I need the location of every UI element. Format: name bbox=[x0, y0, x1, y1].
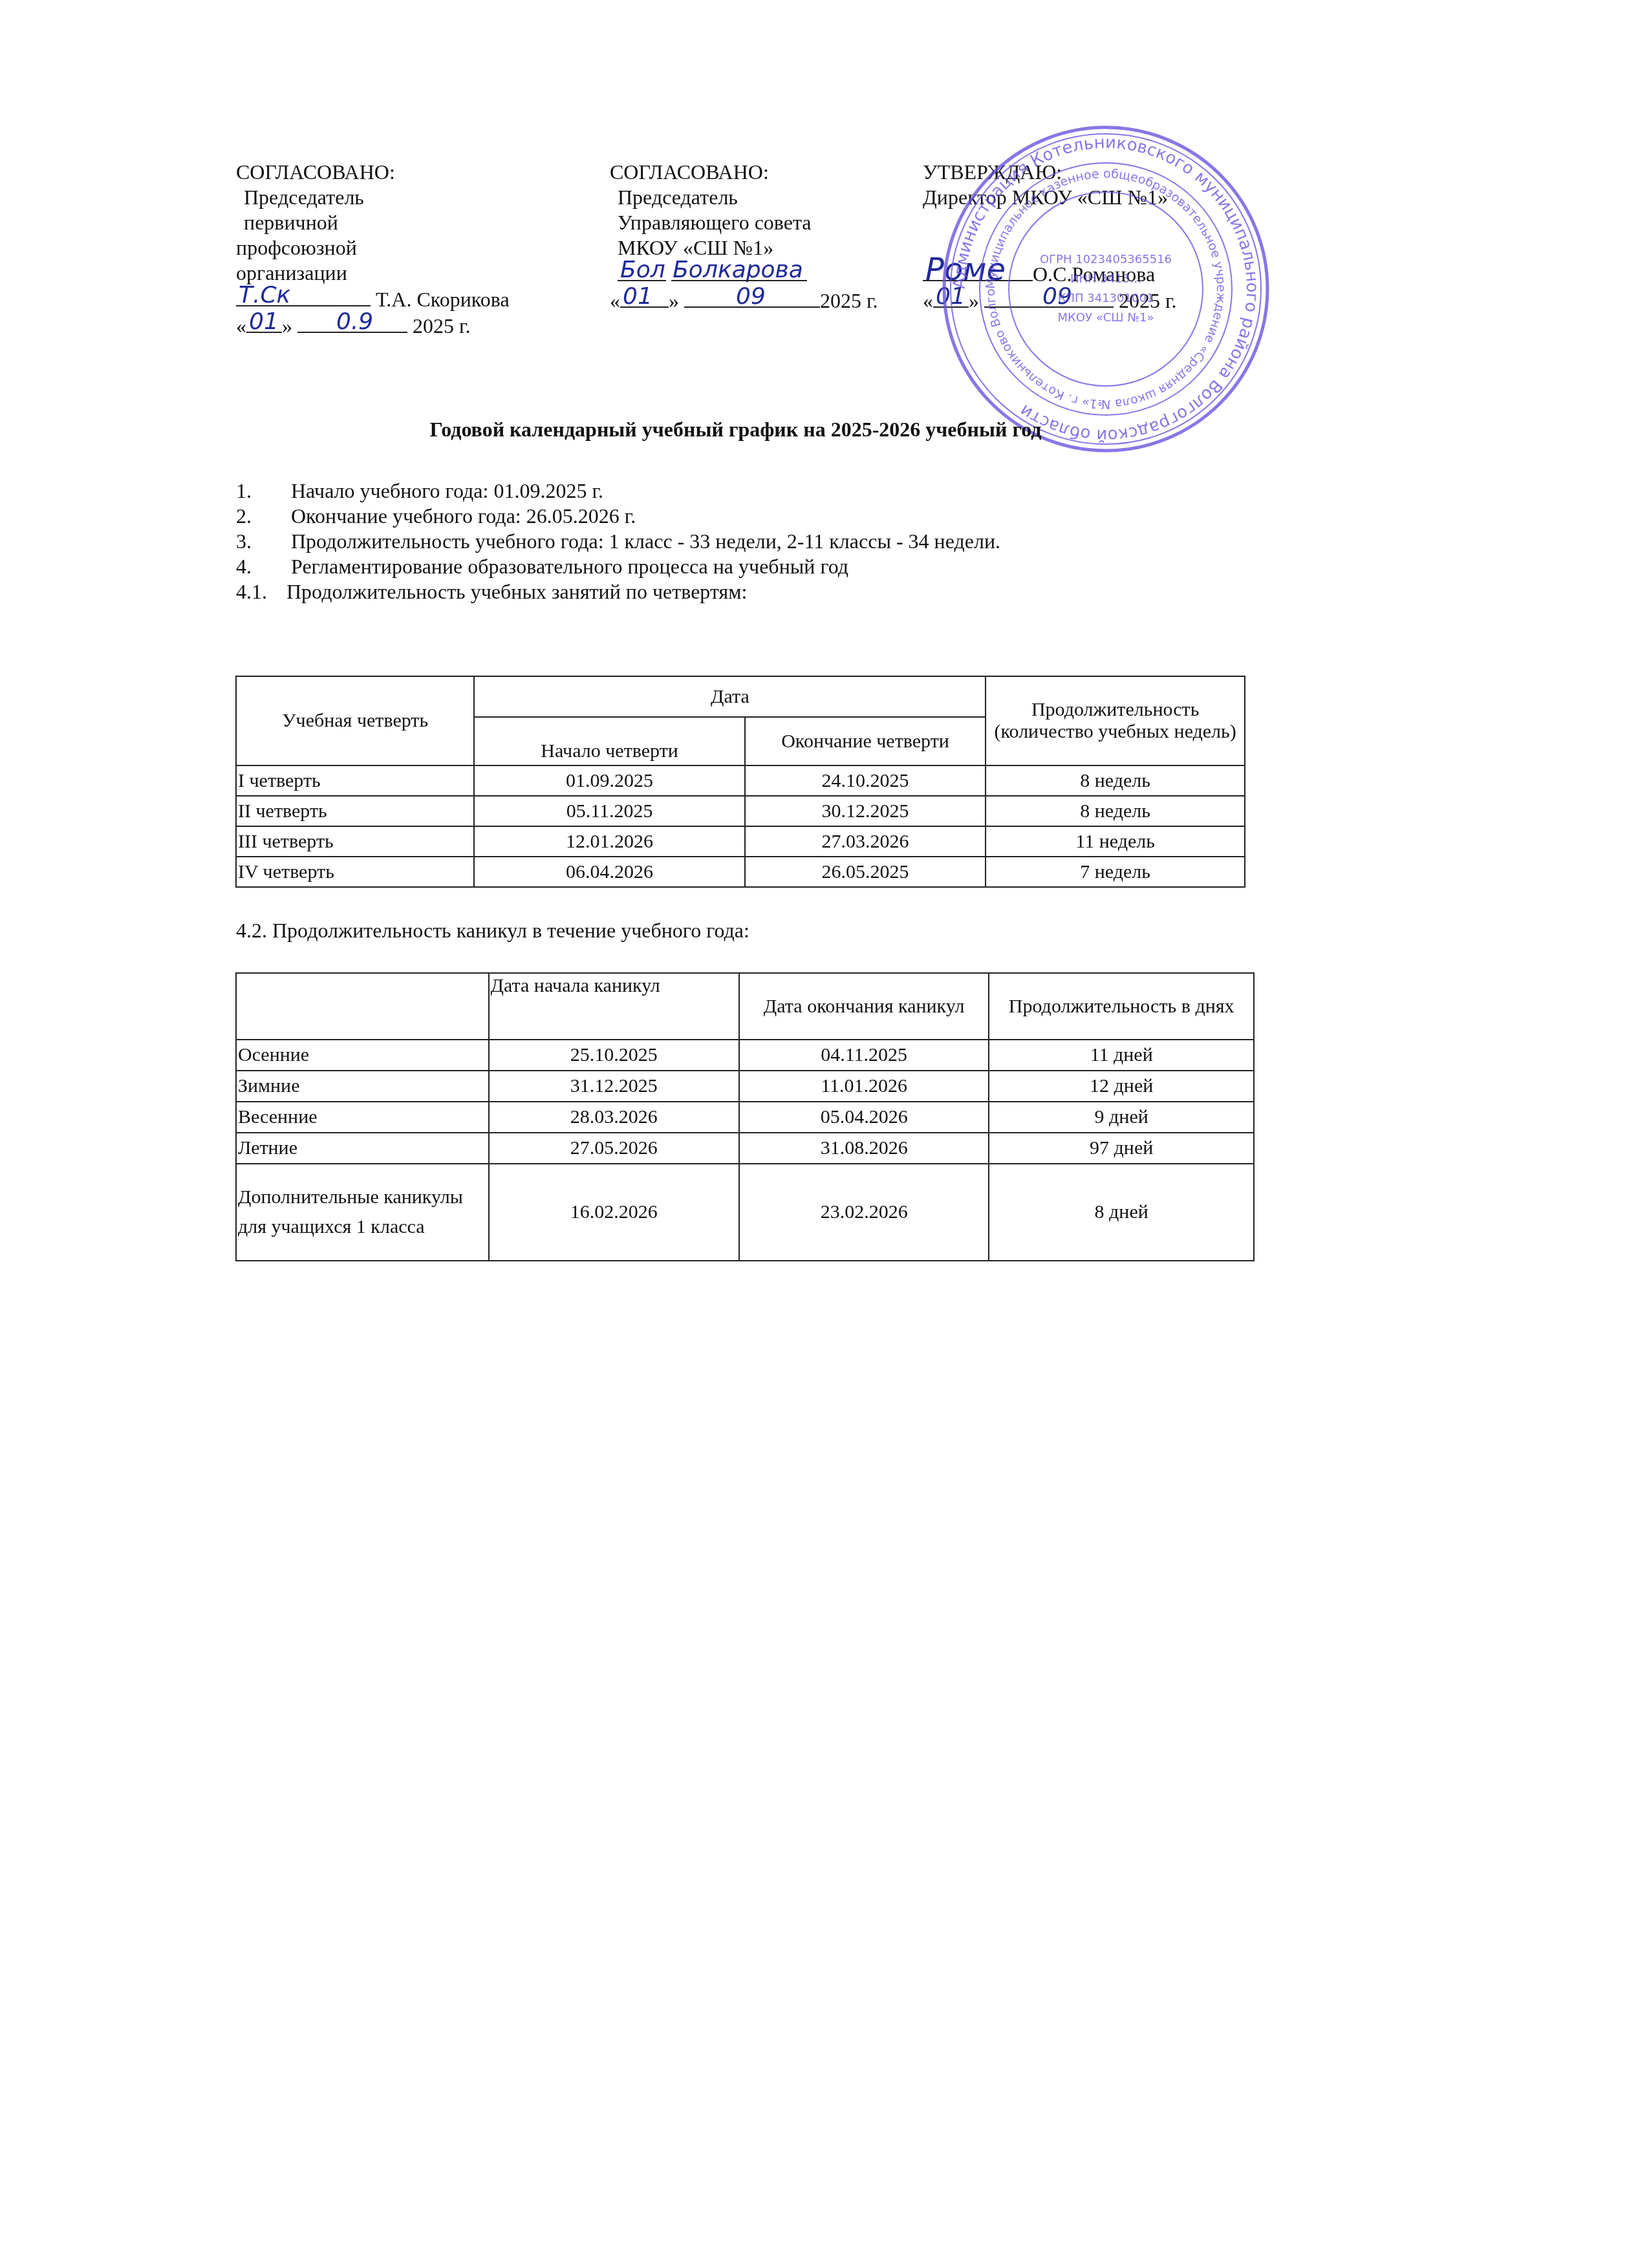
signature-field: Бол Болкарова bbox=[618, 261, 666, 281]
approval-heading: СОГЛАСОВАНО: bbox=[236, 160, 510, 185]
handwritten-month: 0.9 bbox=[336, 309, 373, 334]
approval-union: СОГЛАСОВАНО: Председатель первичной проф… bbox=[236, 160, 510, 339]
approval-line: профсоюзной bbox=[236, 235, 510, 261]
header-holiday-duration: Продолжительность в днях bbox=[989, 973, 1254, 1040]
handwritten-day: 01 bbox=[623, 284, 652, 309]
list-number: 3. bbox=[236, 529, 291, 554]
cell-start: 31.12.2025 bbox=[489, 1071, 739, 1102]
cell-name: Летние bbox=[236, 1133, 489, 1164]
holidays-table: Дата начала каникул Дата окончания каник… bbox=[235, 972, 1255, 1261]
section-holidays-heading: 4.2. Продолжительность каникул в течение… bbox=[236, 918, 749, 943]
cell-end: 30.12.2025 bbox=[745, 796, 986, 826]
approval-heading: УТВЕРЖДАЮ: bbox=[923, 160, 1177, 185]
header-quarter: Учебная четверть bbox=[236, 676, 474, 765]
header-holiday-start: Дата начала каникул bbox=[489, 973, 739, 1040]
handwritten-month: 09 bbox=[1042, 284, 1072, 309]
list-number: 4.1. bbox=[236, 579, 286, 604]
cell-duration: 11 дней bbox=[989, 1040, 1254, 1071]
cell-start: 28.03.2026 bbox=[489, 1102, 739, 1133]
table-row: II четверть05.11.202530.12.20258 недель bbox=[236, 796, 1245, 826]
document-title: Годовой календарный учебный график на 20… bbox=[0, 417, 1471, 442]
table-row: III четверть12.01.202627.03.202611 недел… bbox=[236, 826, 1245, 857]
approval-line: Председатель bbox=[236, 185, 510, 210]
date-day-field: 01 bbox=[620, 287, 669, 308]
handwritten-signature: Т.Ск bbox=[239, 283, 290, 308]
cell-end: 04.11.2025 bbox=[739, 1040, 989, 1071]
list-item: 3.Продолжительность учебного года: 1 кла… bbox=[236, 529, 1000, 554]
list-text: Продолжительность учебного года: 1 класс… bbox=[291, 529, 1000, 554]
cell-name: Весенние bbox=[236, 1102, 489, 1133]
cell-quarter: IV четверть bbox=[236, 857, 474, 887]
signatory-name: Т.А. Скорикова bbox=[376, 288, 510, 311]
list-text: Окончание учебного года: 26.05.2026 г. bbox=[291, 504, 636, 529]
schedule-summary-list: 1.Начало учебного года: 01.09.2025 г. 2.… bbox=[236, 478, 1000, 604]
date-year: 2025 г. bbox=[1119, 289, 1177, 312]
cell-duration: 8 дней bbox=[989, 1164, 1254, 1261]
approval-line: Управляющего совета bbox=[610, 210, 878, 235]
cell-name: Дополнительные каникулы для учащихся 1 к… bbox=[236, 1164, 489, 1261]
cell-end: 27.03.2026 bbox=[745, 826, 986, 857]
table-row: Дополнительные каникулы для учащихся 1 к… bbox=[236, 1164, 1254, 1261]
cell-duration: 9 дней bbox=[989, 1102, 1254, 1133]
date-month-field: 0.9 bbox=[297, 312, 407, 333]
table-row: Осенние25.10.202504.11.202511 дней bbox=[236, 1040, 1254, 1071]
handwritten-day: 01 bbox=[936, 284, 965, 309]
list-text: Регламентирование образовательного проце… bbox=[291, 554, 848, 579]
signatory-name: О.С.Романова bbox=[1033, 262, 1155, 286]
date-year: 2025 г. bbox=[413, 314, 471, 337]
list-item: 4.1.Продолжительность учебных занятий по… bbox=[236, 579, 1000, 604]
table-row: Весенние28.03.202605.04.20269 дней bbox=[236, 1102, 1254, 1133]
date-month-field: 09 bbox=[684, 287, 820, 308]
signature-underline bbox=[671, 261, 807, 281]
cell-start: 06.04.2026 bbox=[474, 857, 744, 887]
date-month-field: 09 bbox=[984, 287, 1114, 308]
approval-line: Председатель bbox=[610, 185, 878, 210]
table-row: I четверть01.09.202524.10.20258 недель bbox=[236, 765, 1245, 796]
list-item: 4.Регламентирование образовательного про… bbox=[236, 554, 1000, 579]
handwritten-signature: Роме bbox=[925, 257, 1006, 283]
signature-field: Т.Ск bbox=[236, 286, 371, 306]
cell-duration: 12 дней bbox=[989, 1071, 1254, 1102]
cell-duration: 97 дней bbox=[989, 1133, 1254, 1164]
header-start: Начало четверти bbox=[474, 717, 744, 765]
cell-start: 05.11.2025 bbox=[474, 796, 744, 826]
approval-line: первичной bbox=[236, 210, 510, 235]
cell-quarter: III четверть bbox=[236, 826, 474, 857]
list-item: 2.Окончание учебного года: 26.05.2026 г. bbox=[236, 504, 1000, 529]
table-row: Летние27.05.202631.08.202697 дней bbox=[236, 1133, 1254, 1164]
cell-end: 05.04.2026 bbox=[739, 1102, 989, 1133]
list-item: 1.Начало учебного года: 01.09.2025 г. bbox=[236, 478, 1000, 504]
cell-end: 24.10.2025 bbox=[745, 765, 986, 796]
cell-start: 12.01.2026 bbox=[474, 826, 744, 857]
cell-start: 27.05.2026 bbox=[489, 1133, 739, 1164]
signature-field: Роме bbox=[923, 261, 1033, 281]
header-holiday-name bbox=[236, 973, 489, 1040]
approval-line: Директор МКОУ «СШ №1» bbox=[923, 185, 1177, 210]
table-row: Зимние31.12.202511.01.202612 дней bbox=[236, 1071, 1254, 1102]
approval-heading: СОГЛАСОВАНО: bbox=[610, 160, 878, 185]
header-end: Окончание четверти bbox=[745, 717, 986, 765]
list-text: Продолжительность учебных занятий по чет… bbox=[286, 579, 747, 604]
cell-end: 31.08.2026 bbox=[739, 1133, 989, 1164]
date-year: 2025 г. bbox=[820, 289, 878, 312]
cell-quarter: II четверть bbox=[236, 796, 474, 826]
cell-end: 23.02.2026 bbox=[739, 1164, 989, 1261]
cell-start: 01.09.2025 bbox=[474, 765, 744, 796]
header-date-group: Дата bbox=[474, 676, 986, 717]
cell-duration: 8 недель bbox=[986, 765, 1245, 796]
approval-council: СОГЛАСОВАНО: Председатель Управляющего с… bbox=[610, 160, 878, 314]
cell-name: Зимние bbox=[236, 1071, 489, 1102]
cell-duration: 7 недель bbox=[986, 857, 1245, 887]
list-text: Начало учебного года: 01.09.2025 г. bbox=[291, 478, 603, 504]
cell-end: 26.05.2025 bbox=[745, 857, 986, 887]
cell-quarter: I четверть bbox=[236, 765, 474, 796]
cell-start: 16.02.2026 bbox=[489, 1164, 739, 1261]
list-number: 2. bbox=[236, 504, 291, 529]
list-number: 1. bbox=[236, 478, 291, 504]
handwritten-month: 09 bbox=[736, 284, 766, 309]
table-row: IV четверть06.04.202626.05.20257 недель bbox=[236, 857, 1245, 887]
cell-duration: 8 недель bbox=[986, 796, 1245, 826]
cell-start: 25.10.2025 bbox=[489, 1040, 739, 1071]
date-day-field: 01 bbox=[933, 287, 969, 308]
cell-name: Осенние bbox=[236, 1040, 489, 1071]
header-holiday-end: Дата окончания каникул bbox=[739, 973, 989, 1040]
date-day-field: 01 bbox=[246, 312, 282, 333]
handwritten-day: 01 bbox=[249, 309, 279, 334]
cell-duration: 11 недель bbox=[986, 826, 1245, 857]
header-duration: Продолжительность (количество учебных не… bbox=[986, 676, 1245, 765]
quarters-table: Учебная четверть Дата Продолжительность … bbox=[235, 676, 1245, 888]
list-number: 4. bbox=[236, 554, 291, 579]
cell-end: 11.01.2026 bbox=[739, 1071, 989, 1102]
approval-director: УТВЕРЖДАЮ: Директор МКОУ «СШ №1» РомеО.С… bbox=[923, 160, 1177, 314]
